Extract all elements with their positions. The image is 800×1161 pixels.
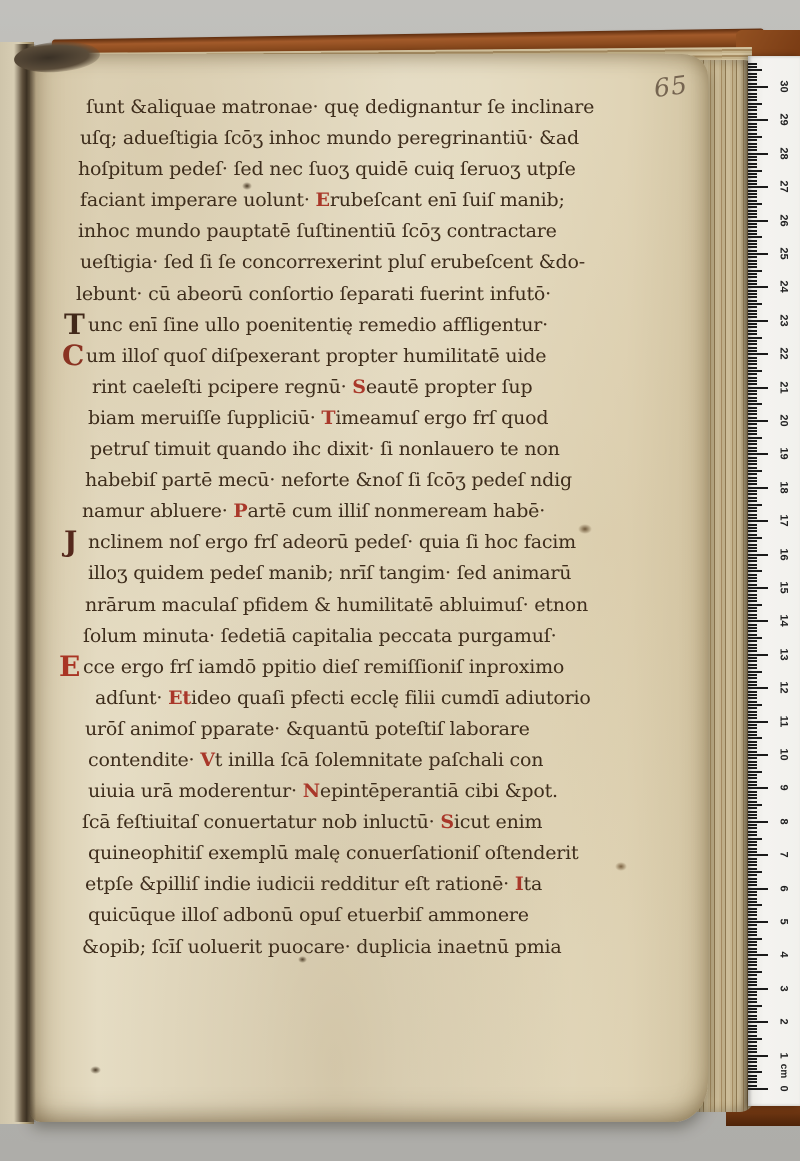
ruler-tick xyxy=(748,283,757,285)
ruler-tick xyxy=(748,697,757,699)
manuscript-line: ſolum minuta· ſedetiā capitalia peccata … xyxy=(83,625,663,656)
body-text: um illoſ quoſ diſpexerant propter humili… xyxy=(86,345,546,367)
ruler-tick xyxy=(748,594,757,596)
ruler-tick xyxy=(748,687,768,689)
ruler-tick xyxy=(748,163,757,165)
ruler-tick xyxy=(748,363,757,365)
body-text: rint caeleſti pcipere regnū· xyxy=(92,376,352,398)
body-text: ſunt &aliquae matronae· quę dedignantur … xyxy=(86,96,594,118)
body-text: artē cum illiſ nonmeream habē· xyxy=(248,500,546,522)
ruler-tick xyxy=(748,93,757,95)
ruler-tick xyxy=(748,504,762,506)
rubric-text: P xyxy=(233,500,247,522)
illuminated-initial: J xyxy=(64,528,77,556)
ruler-tick xyxy=(748,617,757,619)
ruler-tick xyxy=(748,711,757,713)
ruler-tick xyxy=(748,928,757,930)
ruler-tick xyxy=(748,343,757,345)
ruler-tick xyxy=(748,320,768,322)
ruler-tick xyxy=(748,704,762,706)
ruler-tick xyxy=(748,954,768,956)
ruler-tick xyxy=(748,420,768,422)
ruler-tick xyxy=(748,817,757,819)
ruler-number: 13 xyxy=(777,643,790,665)
ruler-number: 25 xyxy=(777,243,790,265)
ruler-tick xyxy=(748,614,757,616)
manuscript-line: Ecce ergo frſ iamdō ppitio dieſ remiſſio… xyxy=(83,656,663,687)
ruler-tick xyxy=(748,807,757,809)
ruler-tick xyxy=(748,400,757,402)
ruler-tick xyxy=(748,250,757,252)
manuscript-line: uſq; adueſtigia ſcōʒ inhoc mundo peregri… xyxy=(80,127,663,158)
ruler-tick xyxy=(748,500,757,502)
manuscript-line: uiuia urā moderentur· Nepintēperantiā ci… xyxy=(88,780,663,811)
ruler-tick xyxy=(748,1021,768,1023)
ruler-tick xyxy=(748,276,757,278)
ruler-tick xyxy=(748,584,757,586)
ruler-tick xyxy=(748,113,757,115)
ruler-tick xyxy=(748,129,757,131)
ruler-tick xyxy=(748,781,757,783)
ruler-tick xyxy=(748,186,768,188)
ruler-number: 19 xyxy=(777,443,790,465)
ruler-unit-label: cm xyxy=(777,1060,789,1082)
ruler-tick xyxy=(748,938,762,940)
ruler-tick xyxy=(748,243,757,245)
body-text: etpſe &pilliſ indie iudicii redditur eſt… xyxy=(85,873,515,895)
ruler-tick xyxy=(748,407,757,409)
ruler-tick xyxy=(748,801,757,803)
manuscript-line: ſunt &aliquae matronae· quę dedignantur … xyxy=(86,96,663,127)
ruler-tick xyxy=(748,206,757,208)
ruler-tick xyxy=(748,330,757,332)
rubric-text: S xyxy=(440,811,454,833)
ruler-tick xyxy=(748,337,762,339)
ruler-tick xyxy=(748,851,757,853)
ruler-tick xyxy=(748,136,762,138)
ruler-tick xyxy=(748,560,757,562)
ruler-tick xyxy=(748,764,757,766)
ruler-tick xyxy=(748,357,757,359)
ruler-tick xyxy=(748,483,757,485)
ruler-tick xyxy=(748,874,757,876)
manuscript-line: Tunc enī ſine ullo poenitentię remedio a… xyxy=(88,314,663,345)
ruler-tick xyxy=(748,514,757,516)
ruler-tick xyxy=(748,607,757,609)
ruler-tick xyxy=(748,467,757,469)
ruler-number: 2 xyxy=(777,1011,790,1033)
body-text: hoſpitum pedeſ· ſed nec ſuoʒ quidē cuiq … xyxy=(78,158,576,180)
manuscript-line: Jnclinem noſ ergo frſ adeorū pedeſ· quia… xyxy=(88,531,663,562)
ruler-tick xyxy=(748,878,757,880)
rubric-text: T xyxy=(321,407,335,429)
ruler-tick xyxy=(748,260,757,262)
ruler-tick xyxy=(748,824,757,826)
manuscript-line: &opib; ſcīſ uoluerit puocare· duplicia i… xyxy=(82,936,663,967)
ruler: 0123456789101112131415161718192021222324… xyxy=(748,56,800,1106)
ruler-tick xyxy=(748,1005,762,1007)
ruler-tick xyxy=(748,253,768,255)
ruler-tick xyxy=(748,156,757,158)
ruler-tick xyxy=(748,119,768,121)
body-text: nrārum maculaſ pfidem & humilitatē ablui… xyxy=(85,594,588,616)
ruler-tick xyxy=(748,233,757,235)
ruler-tick xyxy=(748,524,757,526)
manuscript-line: quicūque illoſ adbonū opuſ etuerbiſ ammo… xyxy=(88,904,663,935)
ruler-tick xyxy=(748,240,757,242)
ruler-tick xyxy=(748,838,762,840)
body-text: lebunt· cū abeorū conſortio ſeparati fue… xyxy=(76,283,551,305)
ruler-tick xyxy=(748,714,757,716)
ruler-tick xyxy=(748,841,757,843)
manuscript-line: biam meruiſſe ſuppliciū· Timeamuſ ergo f… xyxy=(88,407,663,438)
ruler-tick xyxy=(748,904,762,906)
ruler-tick xyxy=(748,998,757,1000)
ruler-tick xyxy=(748,988,768,990)
ruler-tick xyxy=(748,854,768,856)
ruler-tick xyxy=(748,340,757,342)
ruler-tick xyxy=(748,901,757,903)
ruler-tick xyxy=(748,871,762,873)
manuscript-page: 65 ſunt &aliquae matronae· quę dedignant… xyxy=(30,54,708,1122)
ruler-tick xyxy=(748,827,757,829)
ruler-tick xyxy=(748,994,757,996)
body-text: epintēperantiā cibi &pot. xyxy=(320,780,558,802)
body-text: eautē propter ſup xyxy=(366,376,533,398)
ruler-tick xyxy=(748,644,757,646)
body-text: illoʒ quidem pedeſ manib; nrīſ tangim· ſ… xyxy=(88,562,571,584)
ruler-tick xyxy=(748,534,757,536)
ruler-tick xyxy=(748,747,757,749)
ruler-tick xyxy=(748,236,762,238)
manuscript-line: ſcā feſtiuitaſ conuertatur nob inluctū· … xyxy=(82,811,663,842)
ruler-tick xyxy=(748,948,757,950)
ruler-tick xyxy=(748,971,762,973)
rubric-text: Et xyxy=(168,687,191,709)
ruler-tick xyxy=(748,437,762,439)
ruler-tick xyxy=(748,951,757,953)
ruler-tick xyxy=(748,460,757,462)
ruler-tick xyxy=(748,597,757,599)
ruler-tick xyxy=(748,73,757,75)
ruler-tick xyxy=(748,387,768,389)
ruler-tick xyxy=(748,367,757,369)
ruler-tick xyxy=(748,1078,757,1080)
ruler-number: 29 xyxy=(777,109,790,131)
ruler-tick xyxy=(748,79,757,81)
ruler-tick xyxy=(748,293,757,295)
ruler-tick xyxy=(748,831,757,833)
ruler-tick xyxy=(748,884,757,886)
ruler-tick xyxy=(748,1045,757,1047)
ruler-tick xyxy=(748,380,757,382)
ruler-tick xyxy=(748,310,757,312)
ruler-tick xyxy=(748,898,757,900)
ruler-number: 16 xyxy=(777,543,790,565)
ruler-tick xyxy=(748,580,757,582)
ruler-tick xyxy=(748,86,768,88)
ruler-tick xyxy=(748,99,757,101)
ruler-number: 6 xyxy=(777,877,790,899)
ruler-tick xyxy=(748,76,757,78)
ruler-tick xyxy=(748,487,768,489)
ruler-tick xyxy=(748,931,757,933)
ruler-tick xyxy=(748,290,757,292)
manuscript-line: habebiſ partē mecū· neforte &noſ ſi ſcōʒ… xyxy=(85,469,663,500)
ruler-tick xyxy=(748,323,757,325)
ruler-tick xyxy=(748,430,757,432)
ruler-tick xyxy=(748,944,757,946)
body-text: cce ergo frſ iamdō ppitio dieſ remiſſion… xyxy=(83,656,564,678)
body-text: biam meruiſſe ſuppliciū· xyxy=(88,407,321,429)
ruler-tick xyxy=(748,520,768,522)
ruler-tick xyxy=(748,1038,762,1040)
ruler-tick xyxy=(748,861,757,863)
ruler-tick xyxy=(748,353,768,355)
ruler-tick xyxy=(748,610,757,612)
ruler-tick xyxy=(748,1011,757,1013)
ruler-tick xyxy=(748,564,757,566)
stain xyxy=(90,1066,101,1074)
ruler-tick xyxy=(748,159,757,161)
ruler-tick xyxy=(748,734,757,736)
ruler-tick xyxy=(748,794,757,796)
ruler-tick xyxy=(748,300,757,302)
ruler-tick xyxy=(748,961,757,963)
ruler-tick xyxy=(748,784,757,786)
ruler-tick xyxy=(748,547,757,549)
ruler-tick xyxy=(748,574,757,576)
ruler-tick xyxy=(748,978,757,980)
ruler-tick xyxy=(748,914,757,916)
ruler-tick xyxy=(748,934,757,936)
manuscript-line: adſunt· Etideo quaſi pfecti ecclę filii … xyxy=(95,687,663,718)
ruler-tick xyxy=(748,681,757,683)
ruler-tick xyxy=(748,527,757,529)
ruler-tick xyxy=(748,707,757,709)
ruler-tick xyxy=(748,507,757,509)
ruler-tick xyxy=(748,814,757,816)
ruler-tick xyxy=(748,530,757,532)
body-text: uſq; adueſtigia ſcōʒ inhoc mundo peregri… xyxy=(80,127,579,149)
manuscript-line: nrārum maculaſ pfidem & humilitatē ablui… xyxy=(85,594,663,625)
ruler-tick xyxy=(748,721,768,723)
ruler-tick xyxy=(748,751,757,753)
rubric-text: E xyxy=(316,189,330,211)
ruler-tick xyxy=(748,637,762,639)
ruler-tick xyxy=(748,497,757,499)
ruler-tick xyxy=(748,270,762,272)
body-text: rubeſcant enī ſuiſ manib; xyxy=(330,189,565,211)
ruler-tick xyxy=(748,821,768,823)
ruler-tick xyxy=(748,393,757,395)
manuscript-line: namur abluere· Partē cum illiſ nonmeream… xyxy=(82,500,663,531)
ruler-number: 22 xyxy=(777,343,790,365)
ruler-tick xyxy=(748,96,757,98)
ruler-tick xyxy=(748,664,757,666)
ruler-tick xyxy=(748,981,757,983)
ruler-tick xyxy=(748,316,757,318)
ruler-tick xyxy=(748,397,757,399)
ruler-tick xyxy=(748,1055,768,1057)
ruler-tick xyxy=(748,490,757,492)
ruler-tick xyxy=(748,447,757,449)
ruler-tick xyxy=(748,190,757,192)
ruler-tick xyxy=(748,410,757,412)
ruler-tick xyxy=(748,974,757,976)
ruler-tick xyxy=(748,984,757,986)
body-text: inhoc mundo pauptatē ſuſtinentiū ſcōʒ co… xyxy=(78,220,557,242)
ruler-tick xyxy=(748,1031,757,1033)
ruler-tick xyxy=(748,671,762,673)
ruler-tick xyxy=(748,286,768,288)
ruler-tick xyxy=(748,123,757,125)
ruler-tick xyxy=(748,326,757,328)
ruler-tick xyxy=(748,544,757,546)
ruler-tick xyxy=(748,370,762,372)
ruler-tick xyxy=(748,66,757,68)
ruler-tick xyxy=(748,1058,757,1060)
ruler-tick xyxy=(748,1018,757,1020)
ruler-tick xyxy=(748,691,757,693)
body-text: ueſtigia· ſed ſi ſe concorrexerint pluſ … xyxy=(80,251,585,273)
ruler-tick xyxy=(748,230,757,232)
ruler-tick xyxy=(748,417,757,419)
ruler-tick xyxy=(748,540,757,542)
ruler-tick xyxy=(748,1065,757,1067)
ruler-tick xyxy=(748,864,757,866)
manuscript-line: etpſe &pilliſ indie iudicii redditur eſt… xyxy=(85,873,663,904)
ruler-tick xyxy=(748,193,757,195)
ruler-number: 28 xyxy=(777,142,790,164)
rubric-text: I xyxy=(515,873,524,895)
ruler-tick xyxy=(748,313,757,315)
ruler-tick xyxy=(748,463,757,465)
ruler-tick xyxy=(748,296,757,298)
ruler-tick xyxy=(748,684,757,686)
body-text: unc enī ſine ullo poenitentię remedio af… xyxy=(88,314,548,336)
manuscript-line: inhoc mundo pauptatē ſuſtinentiū ſcōʒ co… xyxy=(78,220,663,251)
ruler-tick xyxy=(748,1028,757,1030)
ruler-tick xyxy=(748,256,757,258)
ruler-tick xyxy=(748,176,757,178)
ruler-tick xyxy=(748,554,768,556)
ruler-tick xyxy=(748,1008,757,1010)
ruler-tick xyxy=(748,423,757,425)
ruler-number: 8 xyxy=(777,810,790,832)
ruler-tick xyxy=(748,200,757,202)
ruler-tick xyxy=(748,1075,757,1077)
gutter-shadow xyxy=(14,44,36,1122)
ruler-tick xyxy=(748,624,757,626)
ruler-tick xyxy=(748,196,757,198)
ruler-tick xyxy=(748,109,757,111)
ruler-tick xyxy=(748,660,757,662)
body-text: imeamuſ ergo frſ quod xyxy=(335,407,548,429)
ruler-tick xyxy=(748,450,757,452)
rubric-text: V xyxy=(200,749,215,771)
ruler-tick xyxy=(748,116,757,118)
ruler-tick xyxy=(748,667,757,669)
ruler-number: 26 xyxy=(777,209,790,231)
ruler-tick xyxy=(748,306,757,308)
ruler-tick xyxy=(748,427,757,429)
ruler-number: 5 xyxy=(777,911,790,933)
ruler-tick xyxy=(748,620,768,622)
ruler-tick xyxy=(748,347,757,349)
ruler-tick xyxy=(748,383,757,385)
ruler-number: 23 xyxy=(777,309,790,331)
manuscript-line: petruſ timuit quando ihc dixit· ſi nonla… xyxy=(90,438,663,469)
ruler-tick xyxy=(748,226,757,228)
ruler-tick xyxy=(748,1061,757,1063)
ruler-tick xyxy=(748,443,757,445)
ruler-tick xyxy=(748,881,757,883)
ruler-tick xyxy=(748,1025,757,1027)
ruler-tick xyxy=(748,791,757,793)
ruler-tick xyxy=(748,868,757,870)
ruler-tick xyxy=(748,493,757,495)
ruler-tick xyxy=(748,968,757,970)
ruler-tick xyxy=(748,991,757,993)
ruler-tick xyxy=(748,771,762,773)
ruler-tick xyxy=(748,413,757,415)
ruler-number: 7 xyxy=(777,844,790,866)
ruler-tick xyxy=(748,761,757,763)
body-text: ſcā feſtiuitaſ conuertatur nob inluctū· xyxy=(82,811,440,833)
ruler-number: 9 xyxy=(777,777,790,799)
ruler-tick xyxy=(748,630,757,632)
ruler-tick xyxy=(748,834,757,836)
body-text: ideo quaſi pfecti ecclę filii cumdī adiu… xyxy=(191,687,591,709)
body-text: ſolum minuta· ſedetiā capitalia peccata … xyxy=(83,625,556,647)
ruler-tick xyxy=(748,804,762,806)
illuminated-initial: T xyxy=(64,311,85,339)
ruler-tick xyxy=(748,677,757,679)
ruler-tick xyxy=(748,203,762,205)
ruler-tick xyxy=(748,891,757,893)
body-text: adſunt· xyxy=(95,687,168,709)
ruler-number: 30 xyxy=(777,76,790,98)
ruler-tick xyxy=(748,604,762,606)
ruler-tick xyxy=(748,550,757,552)
ruler-tick xyxy=(748,634,757,636)
ruler-tick xyxy=(748,727,757,729)
body-text: ta xyxy=(524,873,543,895)
ruler-number: 24 xyxy=(777,276,790,298)
ruler-tick xyxy=(748,918,757,920)
ruler-tick xyxy=(748,280,757,282)
body-text: nclinem noſ ergo frſ adeorū pedeſ· quia … xyxy=(88,531,576,553)
ruler-tick xyxy=(748,650,757,652)
ruler-tick xyxy=(748,724,757,726)
ruler-tick xyxy=(748,480,757,482)
ruler-tick xyxy=(748,153,768,155)
manuscript-line: Cum illoſ quoſ diſpexerant propter humil… xyxy=(86,345,663,376)
ruler-tick xyxy=(748,674,757,676)
manuscript-line: ueſtigia· ſed ſi ſe concorrexerint pluſ … xyxy=(80,251,663,282)
ruler-tick xyxy=(748,1041,757,1043)
ruler-tick xyxy=(748,303,762,305)
ruler-number: 4 xyxy=(777,944,790,966)
ruler-tick xyxy=(748,246,757,248)
ruler-tick xyxy=(748,266,757,268)
ruler-tick xyxy=(748,600,757,602)
ruler-tick xyxy=(748,627,757,629)
ruler-tick xyxy=(748,964,757,966)
ruler-tick xyxy=(748,149,757,151)
ruler-tick xyxy=(748,433,757,435)
